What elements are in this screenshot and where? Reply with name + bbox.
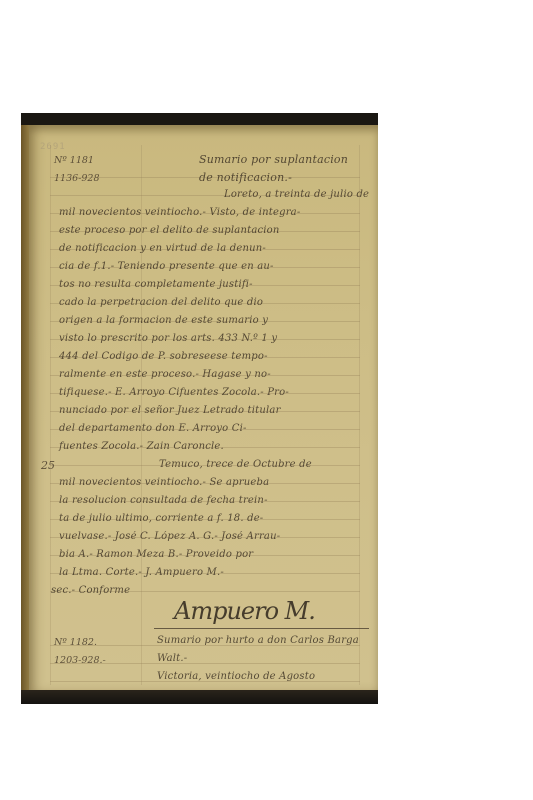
entry-title: de notificacion.-	[199, 171, 292, 184]
entry-line: ta de julio ultimo, corriente a f. 18. d…	[59, 513, 263, 524]
ledger-page: 2691 Nº 1181 1136-928 Suma	[29, 125, 378, 693]
entry-title: Sumario por suplantacion	[199, 153, 348, 166]
entry-line: sec.- Conforme	[51, 585, 130, 596]
entry-line: del departamento don E. Arroyo Ci-	[59, 423, 247, 434]
entry-number: Nº 1182.	[54, 637, 97, 648]
margin-annotation: 25	[41, 459, 55, 472]
scanned-document: 2691 Nº 1181 1136-928 Suma	[21, 113, 378, 704]
signature: Ampuero M.	[174, 597, 315, 625]
scan-bottom-edge	[21, 690, 378, 704]
entry-line: la resolucion consultada de fecha trein-	[59, 495, 268, 506]
entry-line: tos no resulta completamente justifi-	[59, 279, 253, 290]
entry-line: fuentes Zocola.- Zain Caroncle.	[59, 441, 224, 452]
entry-title: Walt.-	[157, 653, 187, 664]
entry-line: mil novecientos veintiocho.- Visto, de i…	[59, 207, 300, 218]
entry-line: de notificacion y en virtud de la denun-	[59, 243, 266, 254]
entry-line: cado la perpetracion del delito que dio	[59, 297, 263, 308]
signature-rule	[154, 628, 369, 629]
entry-line: tifiquese.- E. Arroyo Cifuentes Zocola.-…	[59, 387, 289, 398]
entry-line: ralmente en este proceso.- Hagase y no-	[59, 369, 271, 380]
entry-line: 444 del Codigo de P. sobreseese tempo-	[59, 351, 268, 362]
entry-title: Sumario por hurto a don Carlos Barga	[157, 635, 359, 646]
entry-line: mil novecientos veintiocho.- Se aprueba	[59, 477, 269, 488]
entry-file-number: 1136-928	[54, 173, 100, 184]
entry-line: nunciado por el señor Juez Letrado titul…	[59, 405, 281, 416]
entry-line: bia A.- Ramon Meza B.- Proveido por	[59, 549, 253, 560]
entry-line: visto lo prescrito por los arts. 433 N.º…	[59, 333, 277, 344]
entry-line: vuelvase.- José C. López A. G.- José Arr…	[59, 531, 280, 542]
entry-line: Loreto, a treinta de julio de	[224, 189, 369, 200]
entry-line: cia de f.1.- Teniendo presente que en au…	[59, 261, 274, 272]
entry-line: Temuco, trece de Octubre de	[159, 459, 312, 470]
entry-line: este proceso por el delito de suplantaci…	[59, 225, 280, 236]
entry-line: la Ltma. Corte.- J. Ampuero M.-	[59, 567, 224, 578]
entry-line: origen a la formacion de este sumario y	[59, 315, 268, 326]
entry-line: Victoria, veintiocho de Agosto	[157, 671, 315, 682]
entry-number: Nº 1181	[54, 155, 94, 166]
archive-stamp: 2691	[40, 142, 66, 152]
entry-file-number: 1203-928.-	[54, 655, 106, 666]
